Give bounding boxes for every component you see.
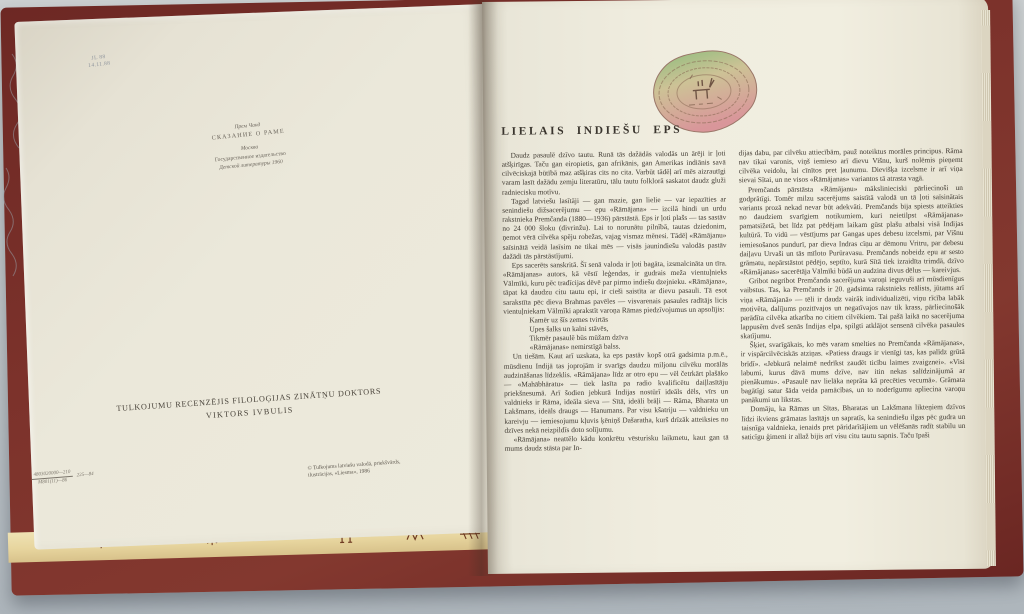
- book-gutter-shadow: [468, 0, 498, 576]
- reviewer-credit: TULKOJUMU RECENZĒJIS FILOLOĢIJAS ZINĀTŅU…: [65, 383, 434, 429]
- pencil-note-line: 14.11.88: [88, 61, 111, 70]
- paragraph: Daudz pasaulē dzīvo tautu. Runā tās dažā…: [502, 148, 726, 196]
- paragraph: dijas dabu, par cilvēku attiecībām, pauž…: [739, 146, 963, 185]
- print-code: 4803020000—210 М801(11)—86 225—84: [31, 468, 94, 486]
- paragraph: «Rāmājana» neattēlo kādu konkrētu vēstur…: [505, 432, 729, 453]
- text-column-1: Daudz pasaulē dzīvo tautu. Runā tās dažā…: [502, 148, 729, 452]
- paragraph: Šķiet, svarīgākais, ko mēs varam smeltie…: [741, 338, 966, 404]
- russian-imprint-block: Прем Чанд СКАЗАНИЕ О РАМЕ Москва Государ…: [130, 112, 369, 179]
- paragraph: Tagad latviešu lasītāji — gan mazie, gan…: [502, 194, 727, 260]
- paragraph: Eps sacerēts sanskritā. Šī senā valoda i…: [503, 258, 728, 315]
- text-column-2: dijas dabu, par cilvēku attiecībām, pauž…: [739, 146, 966, 450]
- foreword-text: Daudz pasaulē dzīvo tautu. Runā tās dažā…: [502, 146, 967, 453]
- paragraph: Domāju, ka Rāmas un Sītas, Bharatas un L…: [741, 402, 965, 441]
- left-page: JL 88 14.11.88 Прем Чанд СКАЗАНИЕ О РАМЕ…: [14, 4, 504, 550]
- photo-of-open-book: JL 88 14.11.88 Прем Чанд СКАЗАНИЕ О РАМЕ…: [0, 0, 1024, 614]
- right-page: LIELAIS INDIEŠU EPS Daudz pasaulē dzīvo …: [482, 0, 994, 574]
- print-code-suffix: 225—84: [77, 472, 94, 478]
- paragraph: Un tiešām. Kaut arī uzskata, ka eps past…: [504, 350, 729, 435]
- print-code-fraction: 4803020000—210 М801(11)—86: [31, 470, 73, 486]
- pencil-note: JL 88 14.11.88: [87, 54, 111, 70]
- copyright-notice: © Tulkojums latviešu valodā, priekšvārds…: [307, 454, 468, 479]
- chapter-title: LIELAIS INDIEŠU EPS: [501, 124, 682, 138]
- paragraph: Premčands pārstāsta «Rāmājanu» mākslinie…: [739, 183, 964, 277]
- paragraph: Gribot negribot Premčanda sacerējuma var…: [740, 274, 965, 340]
